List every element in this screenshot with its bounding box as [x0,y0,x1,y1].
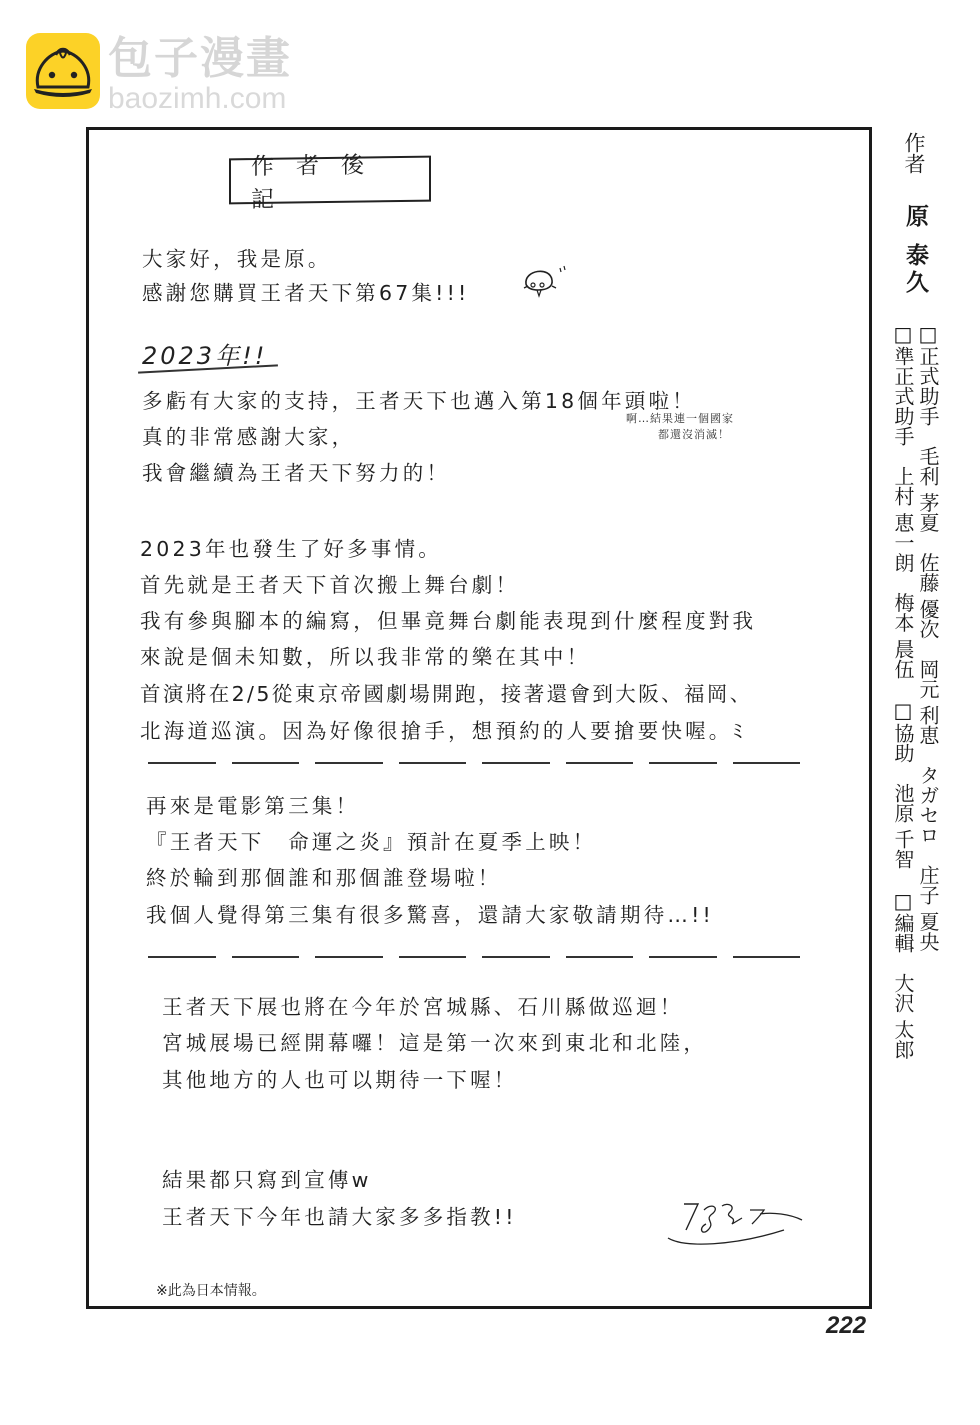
site-name: 包子漫畫 [108,35,292,83]
movie-line: 終於輪到那個誰和那個誰登場啦！ [146,861,502,891]
year-line: 多虧有大家的支持，王者天下也邁入第18個年頭啦！ [142,384,696,414]
dashed-divider [140,760,808,766]
stage-line: 首先就是王者天下首次搬上舞台劇！ [140,568,519,598]
afterword-title: 作者後記 [251,146,429,214]
exhibition-line: 王者天下展也將在今年於宮城縣、石川縣做巡迴！ [162,990,683,1020]
stage-line: 2023年也發生了好多事情。 [140,532,442,562]
movie-line: 再來是電影第三集！ [146,789,359,819]
credits-author-label: 作者 [903,132,924,174]
steamed-bun-icon [26,33,100,109]
dashed-divider [140,954,808,960]
author-signature [664,1196,806,1256]
watermark: 包子漫畫 baozimh.com [26,33,292,115]
movie-line: 『王者天下 命運之炎』預計在夏季上映！ [146,825,596,855]
credits-staff: □準正式助手 上村 恵一朗 梅本 晨伍 □協助 池原 千智 □編輯 大沢 太郎 [893,322,913,1059]
exhibition-line: 其他地方的人也可以期待一下喔！ [162,1063,518,1093]
side-note-line: 啊…結果連一個國家 [626,411,734,427]
stage-line: 來說是個未知數，所以我非常的樂在其中！ [140,640,590,670]
round-face-doodle-icon [520,262,572,306]
movie-line: 我個人覺得第三集有很多驚喜，還請大家敬請期待…!! [146,898,714,928]
afterword-title-box: 作者後記 [229,156,431,205]
year-line: 真的非常感謝大家， [142,420,355,450]
stage-line: 首演將在2/5從東京帝國劇場開跑，接著還會到大阪、福岡、 [140,677,753,707]
closing-line: 結果都只寫到宣傳w [162,1163,372,1193]
page-number: 222 [826,1312,866,1340]
exhibition-line: 宮城展場已經開幕囉！這是第一次來到東北和北陸， [162,1026,707,1056]
side-note-line: 都還沒消滅！ [626,427,734,443]
credits-assistants: □正式助手 毛利 茅夏 佐藤 優次 岡元 利恵 タガセロ 庄子 夏央 [918,322,938,951]
credits-author-name: 原 泰久 [903,204,926,297]
footnote: ※此為日本情報。 [156,1280,266,1300]
stage-line: 我有參與腳本的編寫，但畢竟舞台劇能表現到什麼程度對我 [140,604,756,634]
stage-line: 北海道巡演。因為好像很搶手，想預約的人要搶要快喔。ﾐ [140,714,746,744]
side-note: 啊…結果連一個國家 都還沒消滅！ [626,411,734,443]
closing-line: 王者天下今年也請大家多多指教!! [162,1200,517,1230]
site-url: baozimh.com [108,83,292,115]
greeting-line: 大家好，我是原。 [142,242,332,272]
year-line: 我會繼續為王者天下努力的！ [142,456,450,486]
greeting-line: 感謝您購買王者天下第67集!!! [142,276,469,306]
